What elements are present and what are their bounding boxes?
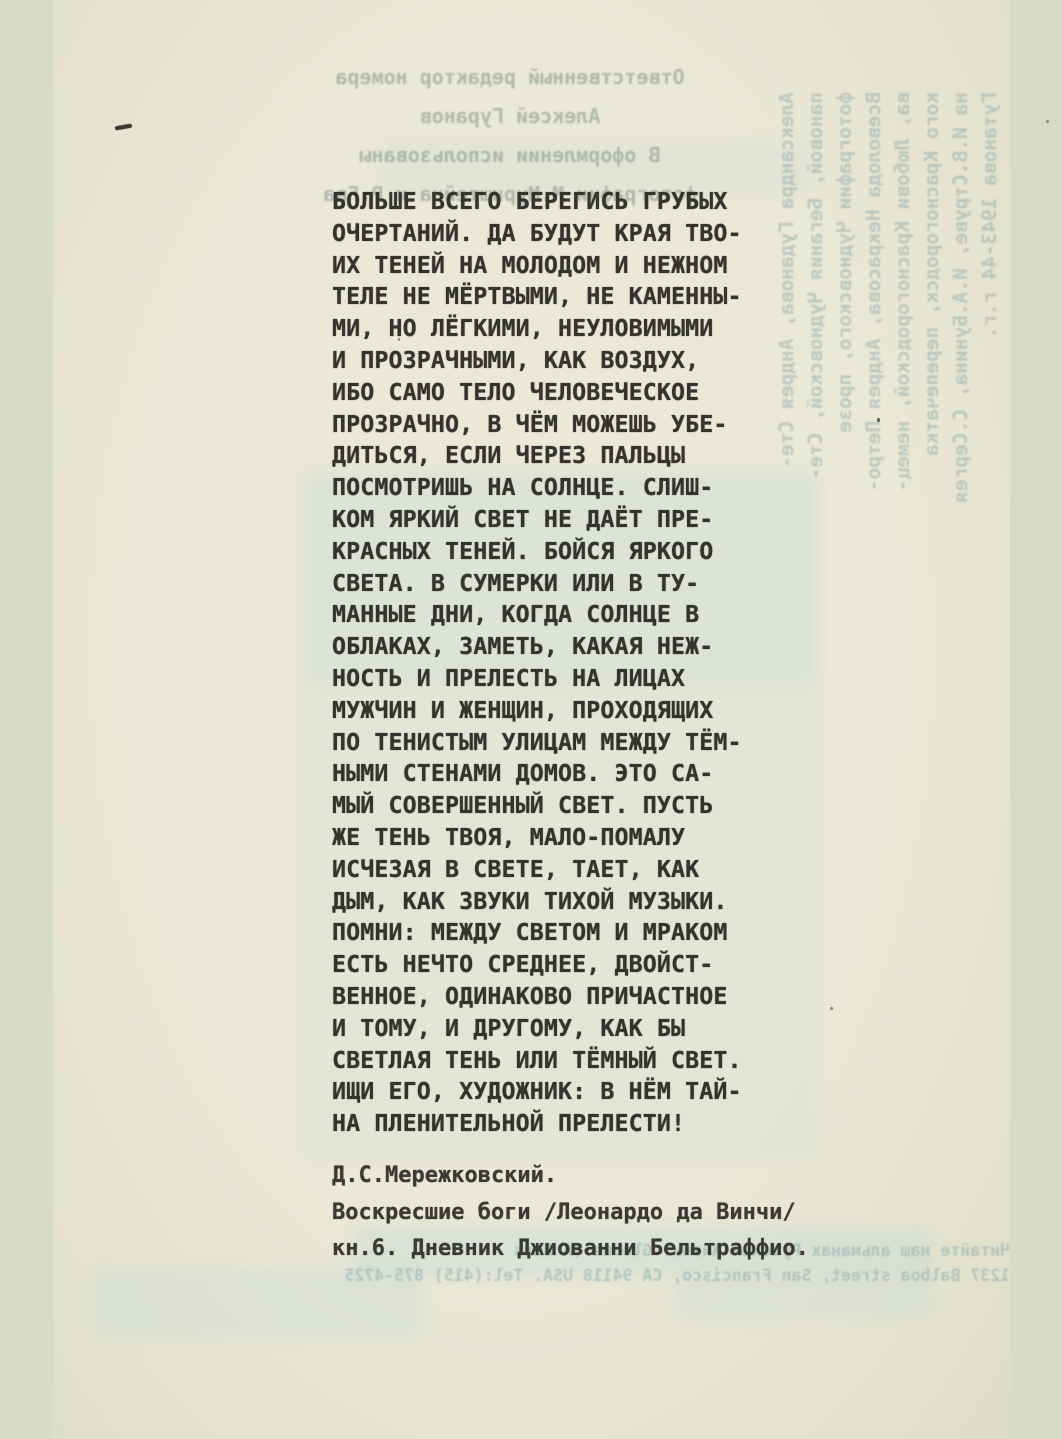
paper-speck <box>1046 120 1049 123</box>
attribution-text: Д.С.Мережковский. Воскресшие боги /Леона… <box>332 1158 892 1268</box>
quote-body-text: БОЛЬШЕ ВСЕГО БЕРЕГИСЬ ГРУБЫХ ОЧЕРТАНИЙ. … <box>332 186 802 1140</box>
paper-speck <box>877 418 880 422</box>
paper-speck <box>830 1007 833 1010</box>
paper-speck <box>398 338 400 341</box>
scanned-page: Ответственный редактор номера Алексей Гу… <box>0 0 1062 1439</box>
bleed-through-text-right: Александра Гуданова, Андрея Сте- пановой… <box>772 92 1010 1167</box>
